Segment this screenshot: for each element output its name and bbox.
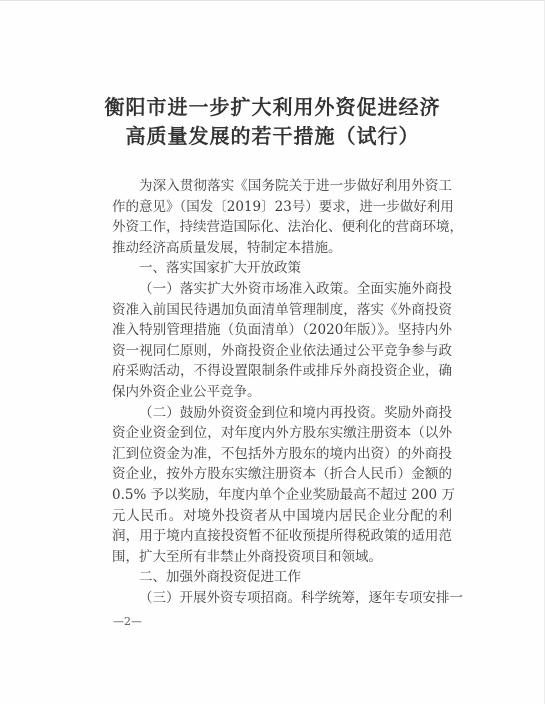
paragraph-line: 围，扩大至所有非禁止外商投资项目和领域。 bbox=[112, 547, 452, 568]
paragraph-line: 二、加强外商投资促进工作 bbox=[112, 567, 452, 588]
paragraph-line: 资企业资金到位，对年度内外方股东实缴注册资本（以外 bbox=[112, 423, 452, 444]
paragraph-line: （一）落实扩大外资市场准入政策。全面实施外商投 bbox=[112, 279, 452, 300]
paragraph-line: （三）开展外资专项招商。科学统筹，逐年专项安排一 bbox=[112, 588, 452, 609]
paragraph-line: 0.5% 予以奖励，年度内单个企业奖励最高不超过 200 万 bbox=[112, 485, 452, 506]
paragraph-line: 外资工作，持续营造国际化、法治化、便利化的营商环境， bbox=[112, 217, 452, 238]
paragraph-line: 推动经济高质量发展，特制定本措施。 bbox=[112, 238, 452, 259]
paragraph-line: 资企业，按外方股东实缴注册资本（折合人民币）金额的 bbox=[112, 464, 452, 485]
document-body: 为深入贯彻落实《国务院关于进一步做好利用外资工作的意见》（国发〔2019〕23号… bbox=[112, 176, 452, 608]
paragraph-line: 汇到位资金为准，不包括外方股东的境内出资）的外商投 bbox=[112, 444, 452, 465]
paragraph-line: （二）鼓励外资资金到位和境内再投资。奖励外商投 bbox=[112, 403, 452, 424]
paragraph-line: 府采购活动，不得设置限制条件或排斥外商投资企业，确 bbox=[112, 361, 452, 382]
document-title-line-1: 衡阳市进一步扩大利用外资促进经济 bbox=[0, 94, 545, 120]
paragraph-line: 资准入前国民待遇加负面清单管理制度，落实《外商投资 bbox=[112, 300, 452, 321]
page-number: —2— bbox=[113, 615, 142, 628]
paragraph-line: 润，用于境内直接投资暂不征收预提所得税政策的适用范 bbox=[112, 526, 452, 547]
paragraph-line: 一、落实国家扩大开放政策 bbox=[112, 258, 452, 279]
paragraph-line: 元人民币。对境外投资者从中国境内居民企业分配的利 bbox=[112, 506, 452, 527]
document-title-line-2: 高质量发展的若干措施（试行） bbox=[0, 123, 545, 149]
paragraph-line: 准入特别管理措施（负面清单）（2020年版）》。坚持内外 bbox=[112, 320, 452, 341]
document-page: 衡阳市进一步扩大利用外资促进经济 高质量发展的若干措施（试行） 为深入贯彻落实《… bbox=[0, 0, 545, 704]
paragraph-line: 保内外资企业公平竞争。 bbox=[112, 382, 452, 403]
paragraph-line: 资一视同仁原则，外商投资企业依法通过公平竞争参与政 bbox=[112, 341, 452, 362]
paragraph-line: 作的意见》（国发〔2019〕23号）要求，进一步做好利用 bbox=[112, 197, 452, 218]
paragraph-line: 为深入贯彻落实《国务院关于进一步做好利用外资工 bbox=[112, 176, 452, 197]
